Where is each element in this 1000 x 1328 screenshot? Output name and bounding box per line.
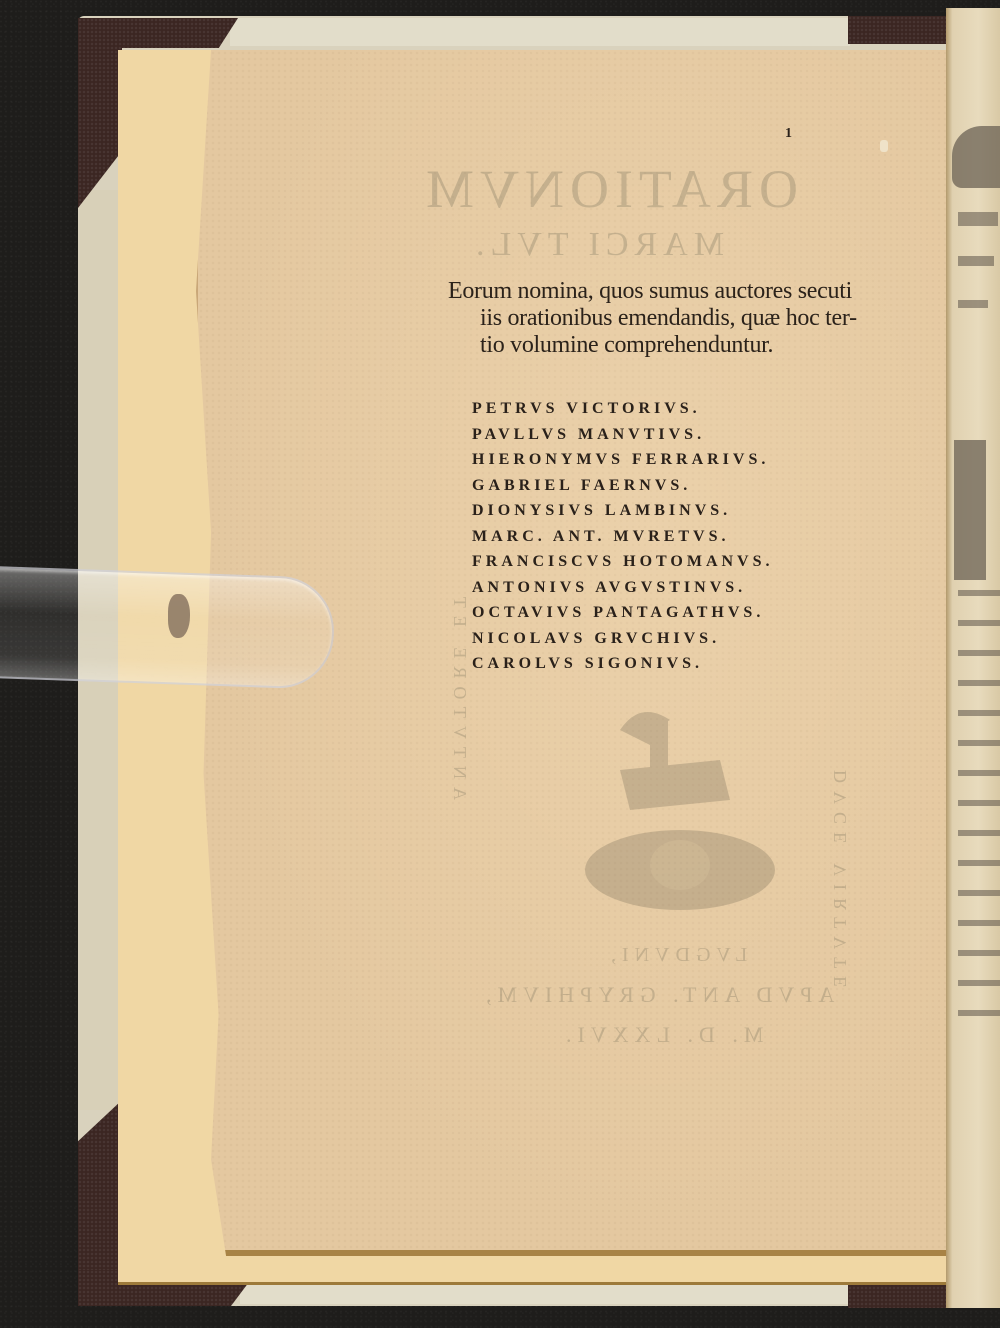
name-item: OCTAVIVS PANTAGATHVS. xyxy=(472,600,774,626)
heading-line-2: iis orationibus emendandis, quæ hoc ter- xyxy=(448,305,857,332)
facing-page-text xyxy=(958,710,1000,716)
show-through-imprint-line3: M. D. LXXVI. xyxy=(560,1022,763,1048)
facing-page-text xyxy=(958,212,998,226)
heading-line-3: tio volumine comprehenduntur. xyxy=(448,332,857,359)
show-through-imprint-line2: APVD ANT. GRYPHIVM, xyxy=(480,982,834,1008)
facing-page-text xyxy=(958,830,1000,836)
name-item: PETRVS VICTORIVS. xyxy=(472,396,774,422)
leather-corner-top-right xyxy=(848,16,948,44)
show-through-imprint-line1: LVGDVNI, xyxy=(605,944,747,967)
name-item: CAROLVS SIGONIVS. xyxy=(472,651,774,677)
name-item: NICOLAVS GRVCHIVS. xyxy=(472,626,774,652)
show-through-title-line1: ORATIONVM xyxy=(420,158,798,220)
facing-page-text xyxy=(958,620,1000,626)
facing-page-text xyxy=(958,590,1000,596)
printer-device-show-through-icon xyxy=(580,690,780,920)
facing-page-text xyxy=(958,920,1000,926)
name-item: HIERONYMVS FERRARIVS. xyxy=(472,447,774,473)
heading-line-1: Eorum nomina, quos sumus auctores secuti xyxy=(448,278,857,305)
editor-names-list: PETRVS VICTORIVS. PAVLLVS MANVTIVS. HIER… xyxy=(472,396,774,677)
show-through-motto-left: ANTVTORE ET xyxy=(449,589,470,800)
clip-stain xyxy=(168,594,190,638)
facing-page-text xyxy=(958,740,1000,746)
name-item: MARC. ANT. MVRETVS. xyxy=(472,524,774,550)
facing-page-text xyxy=(958,650,1000,656)
show-through-title-line2: MARCI TVL. xyxy=(470,226,724,264)
name-item: GABRIEL FAERNVS. xyxy=(472,473,774,499)
ink-speck xyxy=(880,140,888,152)
facing-page-initial xyxy=(954,440,986,580)
facing-page-text xyxy=(958,300,988,308)
name-item: FRANCISCVS HOTOMANVS. xyxy=(472,549,774,575)
show-through-motto-right: DVCE VIRTVTE xyxy=(830,770,851,995)
name-item: ANTONIVS AVGVSTINVS. xyxy=(472,575,774,601)
facing-page-text xyxy=(958,980,1000,986)
facing-page-text xyxy=(958,860,1000,866)
facing-page-headpiece xyxy=(952,126,1000,188)
facing-page-text xyxy=(958,1010,1000,1016)
facing-page-text xyxy=(958,950,1000,956)
facing-page-text xyxy=(958,890,1000,896)
page-signature-mark: 1 xyxy=(785,126,792,142)
facing-page-text xyxy=(958,800,1000,806)
facing-page-text xyxy=(958,256,994,266)
facing-page-text xyxy=(958,770,1000,776)
heading-block: Eorum nomina, quos sumus auctores secuti… xyxy=(448,278,857,359)
vellum-spine-top xyxy=(230,18,850,46)
facing-page-text xyxy=(958,680,1000,686)
name-item: PAVLLVS MANVTIVS. xyxy=(472,422,774,448)
name-item: DIONYSIVS LAMBINVS. xyxy=(472,498,774,524)
facing-page-edge xyxy=(946,8,1000,1308)
